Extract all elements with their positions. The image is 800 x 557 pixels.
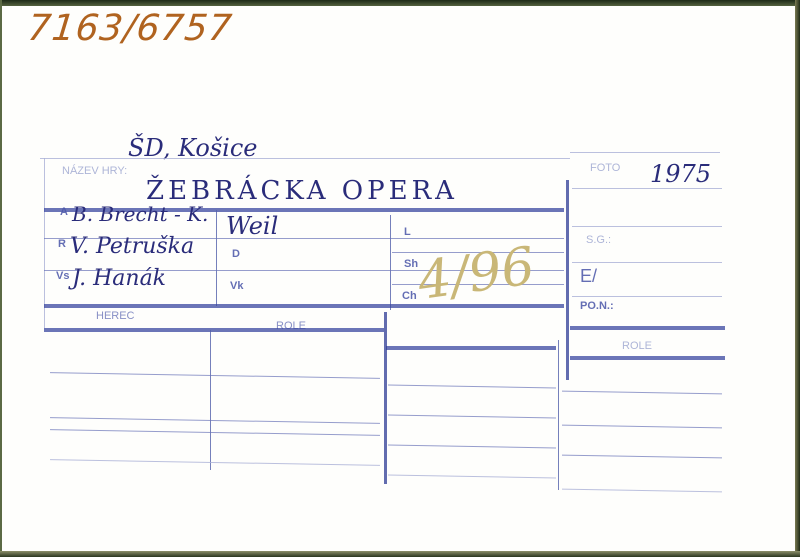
field-label-foto: FOTO <box>590 162 620 174</box>
table-header-top <box>44 304 564 308</box>
row-divider-far-4 <box>572 296 722 297</box>
table-col-1 <box>210 330 211 470</box>
col-divider-3 <box>566 180 569 380</box>
form-left-border <box>44 158 45 328</box>
field-label-ch: Ch <box>402 290 417 302</box>
inventory-number: 7163/6757 <box>26 8 235 49</box>
form-top-border <box>40 158 570 159</box>
col-divider-2 <box>390 215 391 310</box>
row-divider-far-3 <box>572 262 722 263</box>
field-label-sg: S.G.: <box>586 234 611 246</box>
field-value-author: B. Brecht - K. <box>72 202 208 226</box>
field-value-set-designer: J. Hanák <box>72 266 166 291</box>
table-header-bottom-3 <box>570 356 725 360</box>
scan-border-right <box>795 0 800 557</box>
form-top-border-right <box>570 152 720 153</box>
field-label-l: L <box>404 226 411 238</box>
field-label-director: R <box>58 238 66 250</box>
field-label-set-designer: Vs <box>56 270 69 282</box>
table-col-2 <box>384 312 387 484</box>
field-value-director: V. Petruška <box>70 234 194 259</box>
table-header-bottom-2 <box>386 346 556 350</box>
table-header-top-right <box>570 326 725 330</box>
table-header-actor: HEREC <box>96 310 135 322</box>
table-header-bottom-1 <box>44 328 384 332</box>
field-label-pon: PO.N.: <box>580 300 614 312</box>
scan-border-bottom <box>0 551 800 557</box>
title-label: NÁZEV HRY: <box>62 165 127 177</box>
field-label-author: A <box>60 206 68 218</box>
field-label-vk: Vk <box>230 280 243 292</box>
field-value-author-cont: Weil <box>226 212 278 240</box>
table-col-3 <box>558 340 559 490</box>
row-divider-far-2 <box>572 226 722 227</box>
table-header-role-2: ROLE <box>622 340 652 352</box>
row-divider-far-1 <box>572 188 722 189</box>
col-divider-1 <box>216 210 217 306</box>
field-label-e: E/ <box>580 266 597 287</box>
year: 1975 <box>650 160 711 188</box>
field-label-d: D <box>232 248 240 260</box>
